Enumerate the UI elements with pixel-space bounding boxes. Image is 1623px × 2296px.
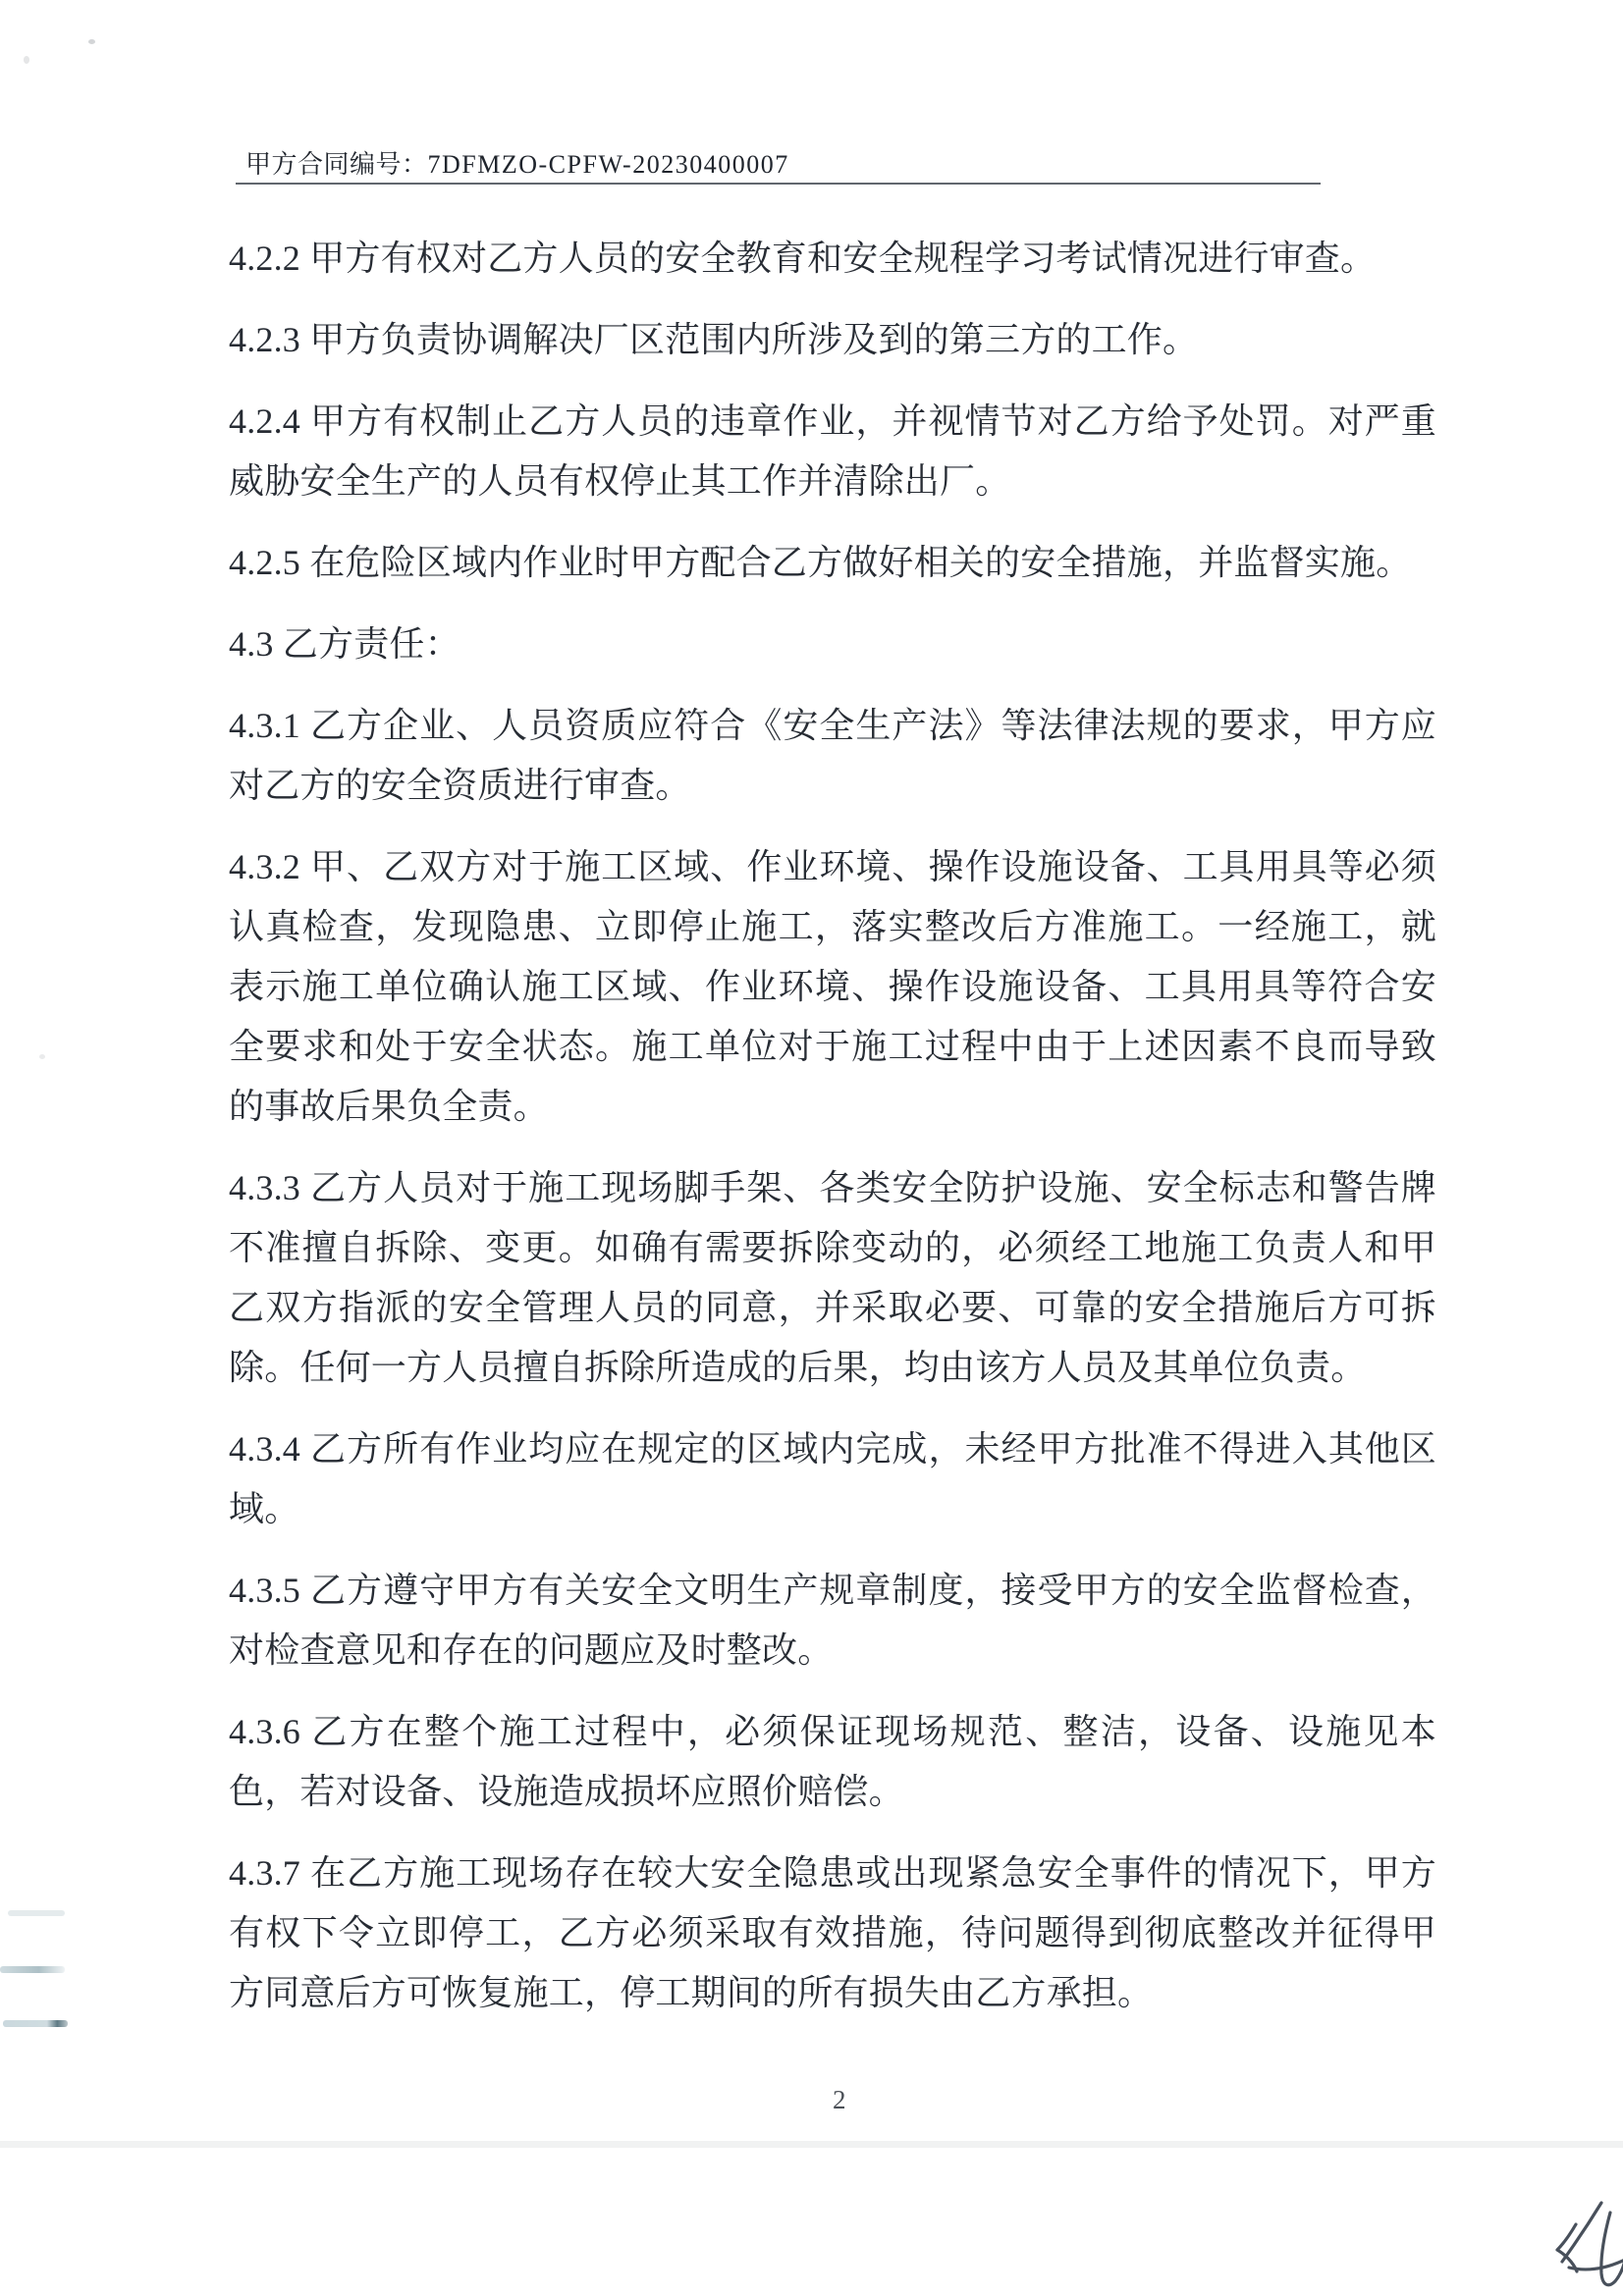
clause-4-2-3: 4.2.3 甲方负责协调解决厂区范围内所涉及到的第三方的工作。 <box>229 310 1436 370</box>
page-number: 2 <box>833 2085 846 2115</box>
clause-4-3-2: 4.3.2 甲、乙双方对于施工区域、作业环境、操作设施设备、工具用具等必须认真检… <box>229 837 1436 1137</box>
scanned-contract-page: 甲方合同编号：7DFMZO-CPFW-20230400007 4.2.2 甲方有… <box>0 0 1623 2296</box>
scan-artifact-dash <box>3 2020 68 2027</box>
clause-4-2-4: 4.2.4 甲方有权制止乙方人员的违章作业，并视情节对乙方给予处罚。对严重威胁安… <box>229 392 1436 511</box>
scan-speck <box>24 56 29 64</box>
clause-4-3-6: 4.3.6 乙方在整个施工过程中，必须保证现场规范、整洁，设备、设施见本色，若对… <box>229 1702 1436 1822</box>
scan-artifact-band <box>0 2141 1623 2148</box>
clause-4-2-2: 4.2.2 甲方有权对乙方人员的安全教育和安全规程学习考试情况进行审查。 <box>229 229 1436 289</box>
contract-number-header: 甲方合同编号：7DFMZO-CPFW-20230400007 <box>245 144 789 181</box>
clause-4-3-1: 4.3.1 乙方企业、人员资质应符合《安全生产法》等法律法规的要求，甲方应对乙方… <box>229 696 1436 816</box>
clause-4-3-heading: 4.3 乙方责任： <box>229 614 1436 674</box>
contract-number-label: 甲方合同编号： <box>245 150 428 179</box>
clause-4-2-5: 4.2.5 在危险区域内作业时甲方配合乙方做好相关的安全措施，并监督实施。 <box>229 533 1436 593</box>
clause-4-3-7: 4.3.7 在乙方施工现场存在较大安全隐患或出现紧急安全事件的情况下，甲方有权下… <box>229 1843 1436 2023</box>
contract-body: 4.2.2 甲方有权对乙方人员的安全教育和安全规程学习考试情况进行审查。 4.2… <box>229 229 1436 2045</box>
scan-artifact-dash <box>8 1910 65 1916</box>
clause-4-3-4: 4.3.4 乙方所有作业均应在规定的区域内完成，未经甲方批准不得进入其他区域。 <box>229 1419 1436 1539</box>
clause-4-3-3: 4.3.3 乙方人员对于施工现场脚手架、各类安全防护设施、安全标志和警告牌不准擅… <box>229 1158 1436 1398</box>
clause-4-3-5: 4.3.5 乙方遵守甲方有关安全文明生产规章制度，接受甲方的安全监督检查，对检查… <box>229 1561 1436 1681</box>
handwritten-mark <box>1532 2189 1623 2296</box>
header-rule <box>236 183 1321 185</box>
contract-number-value: 7DFMZO-CPFW-20230400007 <box>428 150 789 179</box>
scan-speck <box>88 39 95 44</box>
scan-speck <box>39 1054 45 1059</box>
scan-artifact-dash <box>0 1966 65 1973</box>
